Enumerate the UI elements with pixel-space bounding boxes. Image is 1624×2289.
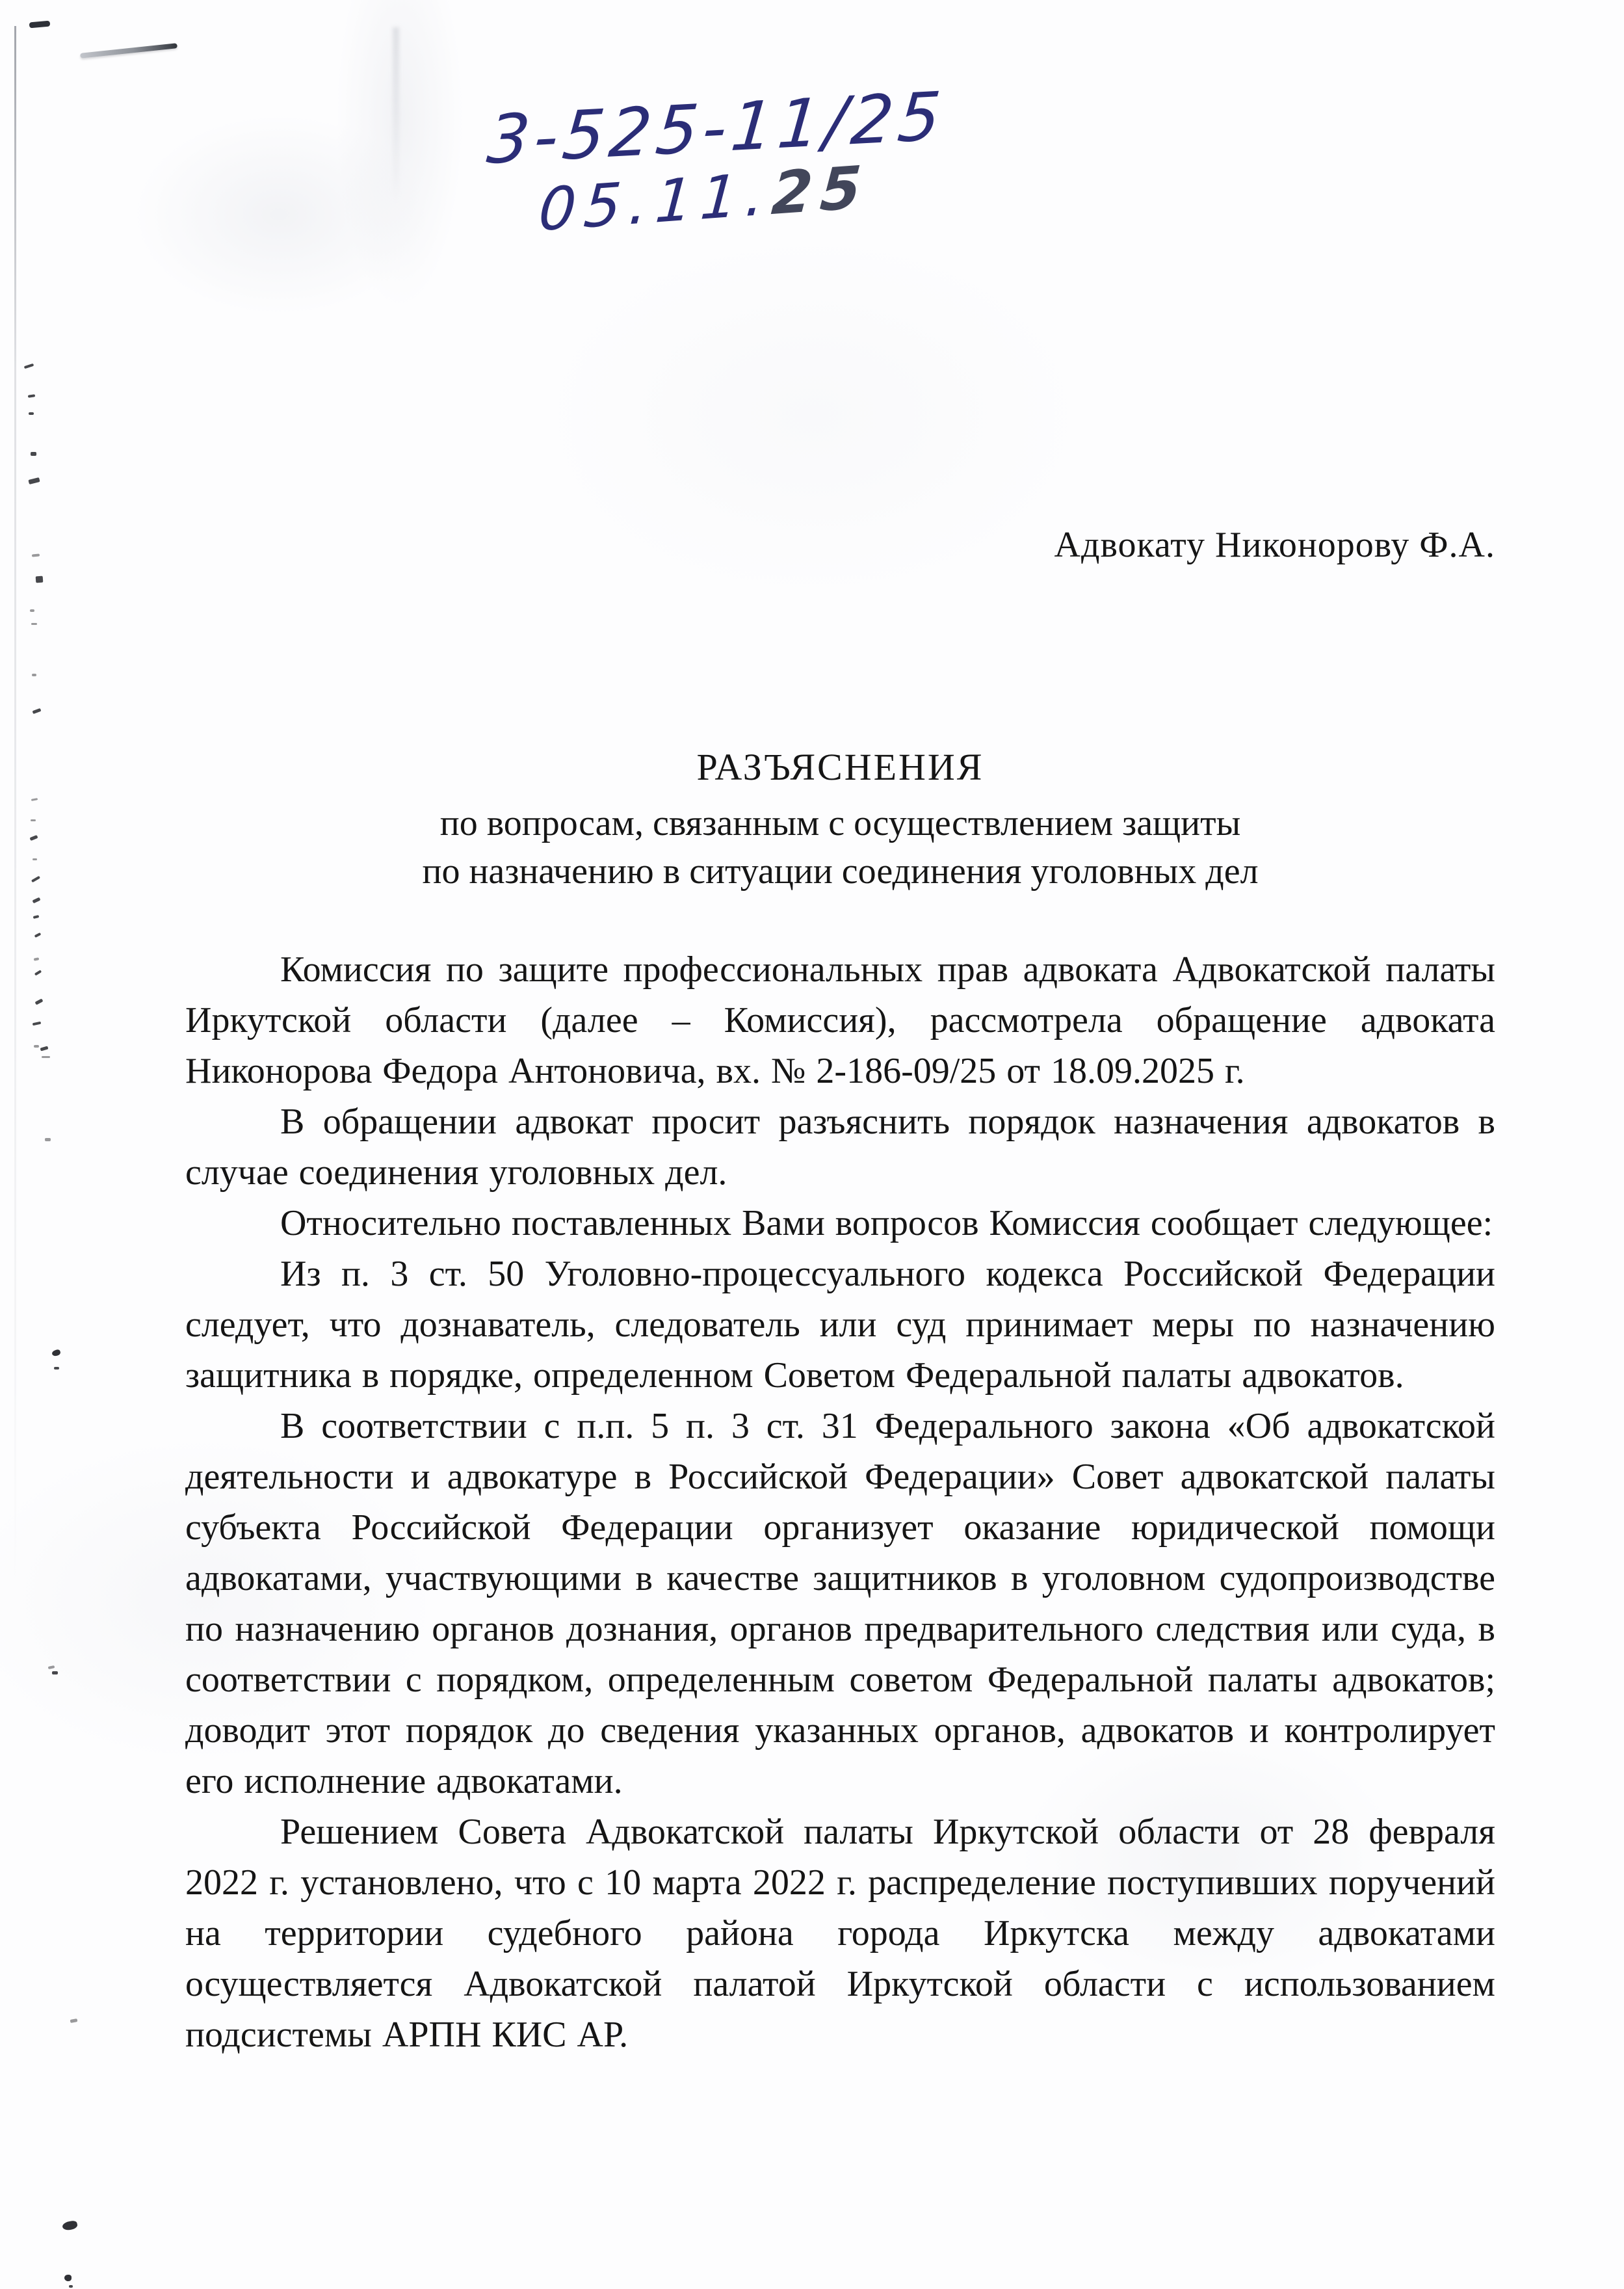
scan-artifact	[52, 1671, 58, 1674]
title-block: РАЗЪЯСНЕНИЯ по вопросам, связанным с осу…	[185, 745, 1495, 895]
document-subtitle-line1: по вопросам, связанным с осуществлением …	[185, 799, 1495, 847]
paragraph: В обращении адвокат просит разъяснить по…	[185, 1096, 1495, 1198]
scan-artifact	[34, 1045, 39, 1048]
scan-artifact	[62, 2220, 78, 2231]
scan-artifact	[33, 915, 40, 919]
scan-artifact	[34, 957, 40, 960]
scanned-document-page: 3-525-11/25 05.11.25 Адвокату Никонорову…	[0, 0, 1624, 2289]
scan-artifact	[48, 1665, 55, 1669]
scan-artifact	[54, 1367, 59, 1369]
scan-artifact	[31, 819, 36, 821]
scan-artifact	[40, 1046, 49, 1051]
page-edge-shadow	[14, 26, 16, 1587]
scan-artifact	[69, 2285, 73, 2288]
scan-artifact	[33, 708, 42, 714]
scan-artifact	[31, 452, 36, 456]
paper-crease	[393, 27, 399, 203]
scan-artifact	[28, 394, 35, 397]
scan-artifact	[33, 858, 37, 860]
scan-artifact	[30, 835, 38, 841]
scan-artifact	[31, 876, 40, 882]
scan-artifact	[51, 1349, 61, 1357]
scan-artifact	[32, 674, 36, 676]
scan-artifact	[30, 609, 34, 612]
scan-artifact	[34, 933, 42, 938]
scan-artifact	[34, 970, 42, 975]
addressee-line: Адвокату Никонорову Ф.А.	[185, 524, 1495, 566]
scan-artifact	[33, 897, 41, 904]
scan-artifact	[29, 412, 34, 415]
paragraph: Комиссия по защите профессиональных прав…	[185, 944, 1495, 1096]
scan-artifact	[35, 998, 44, 1005]
scan-artifact	[33, 1022, 42, 1026]
registration-date-suffix: 25	[769, 153, 871, 228]
scan-artifact	[42, 1056, 50, 1058]
scan-artifact	[32, 553, 40, 557]
paragraph: Решением Совета Адвокатской палаты Иркут…	[185, 1806, 1495, 2060]
scan-artifact	[70, 2018, 78, 2023]
scan-artifact	[24, 364, 34, 369]
scan-artifact	[64, 2275, 72, 2281]
scan-artifact	[36, 576, 44, 583]
staple-mark	[80, 43, 177, 59]
document-title: РАЗЪЯСНЕНИЯ	[185, 745, 1495, 789]
scan-artifact	[31, 798, 38, 801]
document-subtitle-line2: по назначению в ситуации соединения угол…	[185, 847, 1495, 895]
scan-artifact	[31, 623, 37, 625]
scan-artifact	[45, 1138, 51, 1141]
paragraph: В соответствии с п.п. 5 п. 3 ст. 31 Феде…	[185, 1401, 1495, 1806]
document-body: Комиссия по защите профессиональных прав…	[185, 944, 1495, 2060]
paragraph: Из п. 3 ст. 50 Уголовно-процессуального …	[185, 1249, 1495, 1401]
handwritten-registration-note: 3-525-11/25 05.11.25	[486, 78, 950, 244]
scan-artifact	[28, 477, 40, 484]
paragraph: Относительно поставленных Вами вопросов …	[185, 1198, 1495, 1249]
scan-artifact	[29, 21, 51, 29]
